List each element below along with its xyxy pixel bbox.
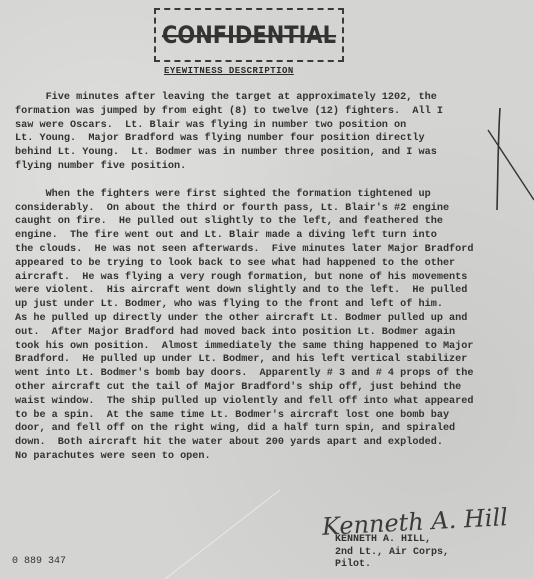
document-body: Five minutes after leaving the target at…: [15, 91, 515, 464]
signature-line: 2nd Lt., Air Corps,: [335, 547, 449, 560]
text-line: caught on fire. He pulled out slightly t…: [15, 215, 515, 229]
text-line: up just under Lt. Bodmer, who was flying…: [15, 298, 515, 312]
text-line: other aircraft cut the tail of Major Bra…: [15, 381, 515, 395]
text-line: door, and fell off on the right wing, di…: [15, 422, 515, 436]
text-line: to be a spin. At the same time Lt. Bodme…: [15, 409, 515, 423]
text-line: aircraft. He was flying a very rough for…: [15, 271, 515, 285]
text-line: Bradford. He pulled up under Lt. Bodmer,…: [15, 353, 515, 367]
text-line: were violent. His aircraft went down sli…: [15, 284, 515, 298]
signature-block: KENNETH A. HILL,2nd Lt., Air Corps,Pilot…: [335, 534, 449, 572]
text-line: out. After Major Bradford had moved back…: [15, 326, 515, 340]
text-line: took his own position. Almost immediatel…: [15, 340, 515, 354]
signature-line: KENNETH A. HILL,: [335, 534, 449, 547]
text-line: appeared to be trying to look back to se…: [15, 257, 515, 271]
paragraph: When the fighters were first sighted the…: [15, 188, 515, 464]
text-line: As he pulled up directly under the other…: [15, 312, 515, 326]
document-title: EYEWITNESS DESCRIPTION: [164, 66, 294, 76]
text-line: flying number five position.: [15, 160, 515, 174]
signature-line: Pilot.: [335, 559, 449, 572]
text-line: No parachutes were seen to open.: [15, 450, 515, 464]
confidential-stamp: CONFIDENTIAL: [154, 8, 344, 62]
text-line: waist window. The ship pulled up violent…: [15, 395, 515, 409]
text-line: Five minutes after leaving the target at…: [15, 91, 515, 105]
paragraph-gap: [15, 174, 515, 188]
text-line: Lt. Young. Major Bradford was flying num…: [15, 132, 515, 146]
paragraph: Five minutes after leaving the target at…: [15, 91, 515, 174]
text-line: When the fighters were first sighted the…: [15, 188, 515, 202]
text-line: went into Lt. Bodmer's bomb bay doors. A…: [15, 367, 515, 381]
text-line: saw were Oscars. Lt. Blair was flying in…: [15, 119, 515, 133]
text-line: down. Both aircraft hit the water about …: [15, 436, 515, 450]
text-line: formation was jumped by from eight (8) t…: [15, 105, 515, 119]
text-line: considerably. On about the third or four…: [15, 202, 515, 216]
serial-number: 0 889 347: [12, 556, 66, 567]
text-line: behind Lt. Young. Lt. Bodmer was in numb…: [15, 146, 515, 160]
text-line: the clouds. He was not seen afterwards. …: [15, 243, 515, 257]
stamp-text: CONFIDENTIAL: [162, 21, 336, 49]
text-line: engine. The fire went out and Lt. Blair …: [15, 229, 515, 243]
